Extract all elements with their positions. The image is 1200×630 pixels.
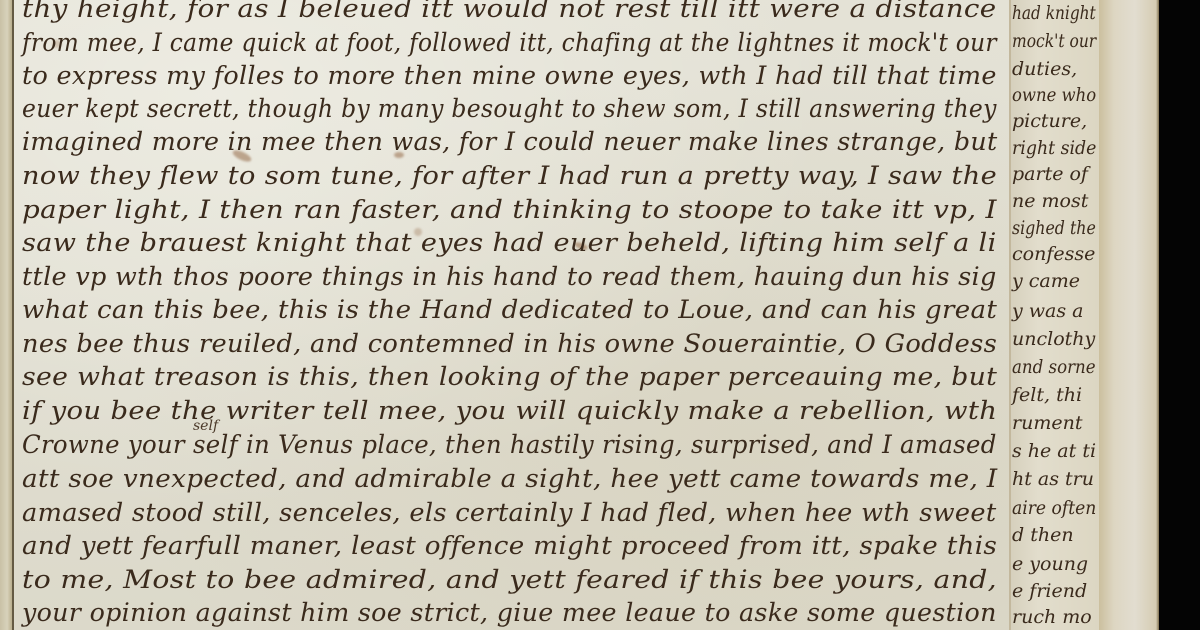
margin-line: unclothy [1012,328,1095,350]
manuscript-line: Crowne your self in Venus place, then ha… [22,430,997,459]
margin-line: aire often [1012,497,1096,519]
margin-line: felt, thi [1012,384,1082,406]
margin-line: e friend [1012,580,1087,602]
manuscript-line: imagined more in mee then was, for I cou… [22,127,997,156]
manuscript-line: ttle vp wth thos poore things in his han… [22,262,997,291]
margin-line: and sorne [1012,356,1096,378]
manuscript-photo: thy height, for as I beleued itt would n… [0,0,1200,630]
margin-line: s he at ti [1012,440,1096,462]
margin-line: right side [1012,137,1096,159]
margin-line: rument [1012,412,1082,434]
manuscript-line: euer kept secrett, though by many besoug… [22,94,997,123]
page-gutter [1099,0,1159,630]
margin-line: y was a [1012,300,1083,322]
margin-line: picture, [1012,110,1087,132]
margin-line: parte of [1012,163,1088,185]
manuscript-line: paper light, I then ran faster, and thin… [22,195,997,224]
margin-line: mock't our [1012,30,1096,52]
margin-line: ne most [1012,190,1088,212]
margin-line: duties, [1012,58,1077,80]
margin-line: ruch mo [1012,606,1092,628]
previous-page-edge [0,0,12,630]
margin-line: owne who [1012,84,1096,106]
manuscript-line: to me, Most to bee admired, and yett fea… [22,565,997,594]
manuscript-line: thy height, for as I beleued itt would n… [22,0,997,23]
margin-line: y came [1012,270,1080,292]
manuscript-line: att soe vnexpected, and admirable a sigh… [22,464,997,493]
manuscript-line: to express my folles to more then mine o… [22,61,997,90]
manuscript-line: your opinion against him soe strict, giu… [22,598,997,627]
manuscript-line: what can this bee, this is the Hand dedi… [22,295,997,324]
margin-line: had knight [1012,2,1096,24]
background [1159,0,1200,630]
margin-line: sighed the [1012,217,1096,239]
margin-line: ht as tru [1012,468,1094,490]
manuscript-line: amased stood still, senceles, els certai… [22,498,996,527]
manuscript-line: if you bee the writer tell mee, you will… [22,396,997,425]
margin-line: confesse [1012,243,1095,265]
manuscript-line: now they flew to som tune, for after I h… [22,161,997,190]
manuscript-line: from mee, I came quick at foot, followed… [22,28,997,57]
manuscript-line: and yett fearfull maner, least offence m… [22,531,997,560]
manuscript-line: nes bee thus reuiled, and contemned in h… [22,329,997,358]
manuscript-line: saw the brauest knight that eyes had eue… [22,228,997,257]
manuscript-line: see what treason is this, then looking o… [22,362,997,391]
margin-line: e young [1012,553,1088,575]
margin-line: d then [1012,524,1074,546]
